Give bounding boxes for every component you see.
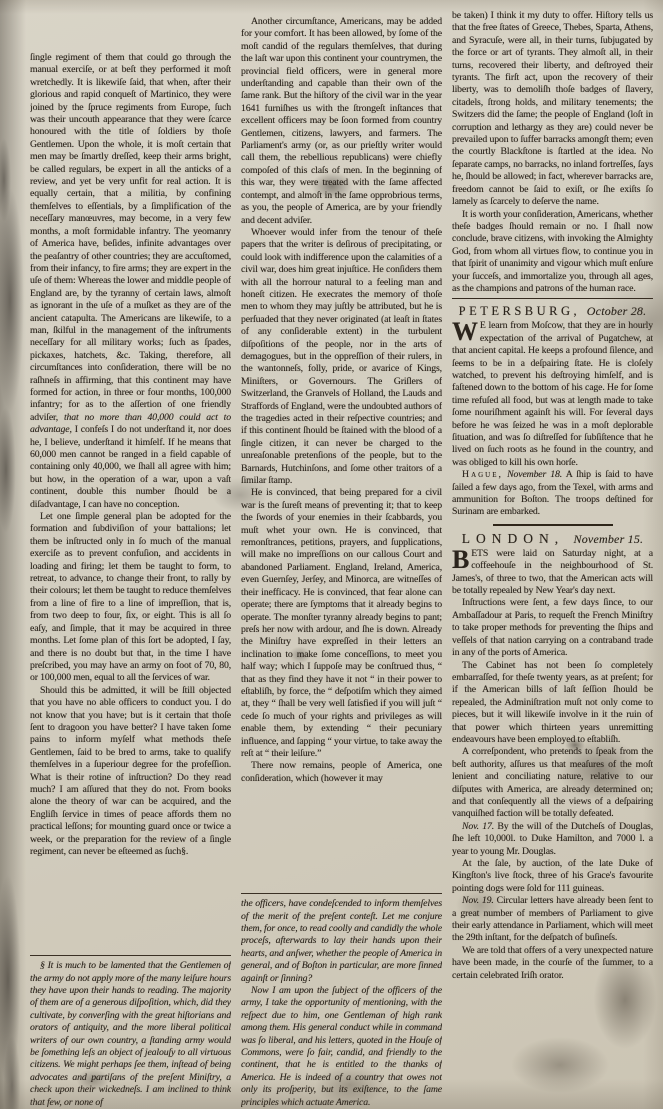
column-3: be taken) I think it my duty to offer. H…	[452, 0, 653, 1109]
column-2: Another circumſtance, Americans, may be …	[241, 0, 442, 1109]
footnote-block: § It is much to be lamented that the Gen…	[30, 955, 231, 1109]
paragraph-text: ETS were laid on Saturday night, at a co…	[452, 548, 653, 596]
drop-cap: W	[452, 320, 480, 343]
paragraph-text: I confeſs I do not underſtand it, nor do…	[30, 424, 231, 509]
london-city: LONDON,	[462, 531, 564, 546]
footnote: Now I am upon the ſubject of the officer…	[241, 985, 442, 1109]
news-date-label: Nov. 17.	[462, 821, 494, 832]
footnote: § It is much to be lamented that the Gen…	[30, 960, 231, 1109]
section-rule	[452, 298, 653, 299]
paragraph-text: ſingle regiment of them that could go th…	[30, 52, 231, 423]
petersburg-heading: PETERSBURG, October 28.	[452, 303, 653, 319]
hague-date: November 18.	[507, 469, 562, 480]
newspaper-page: { "col1": { "p1a": "ſingle regiment of t…	[0, 0, 663, 1109]
paragraph: Inſtructions were ſent, a few days ſince…	[452, 597, 653, 659]
hague-dateline: Hague,	[462, 469, 503, 480]
paragraph: Whoever would infer from the tenour of t…	[241, 227, 442, 488]
paragraph: We are told that offers of a very unexpe…	[452, 945, 653, 982]
paragraph: It is worth your conſideration, American…	[452, 209, 653, 296]
paragraph: A correſpondent, who pretends to ſpeak f…	[452, 746, 653, 820]
london-heading: LONDON, November 15.	[452, 531, 653, 547]
paragraph: Let one ſimple general plan be adopted f…	[30, 511, 231, 685]
drop-cap: B	[452, 548, 471, 571]
london-date: November 15.	[574, 532, 644, 546]
footnote-block: the officers, have condeſcended to infor…	[241, 893, 442, 1109]
paragraph: He is convinced, that being prepared for…	[241, 487, 442, 760]
news-date-label: Nov. 19.	[462, 895, 494, 906]
paragraph: Should this be admitted, it will be ſtil…	[30, 685, 231, 859]
paragraph: The Cabinet has not been ſo completely e…	[452, 660, 653, 747]
section-rule	[493, 524, 613, 526]
paragraph: BETS were laid on Saturday night, at a c…	[452, 548, 653, 598]
page-columns: ſingle regiment of them that could go th…	[0, 0, 663, 1109]
footnote: the officers, have condeſcended to infor…	[241, 898, 442, 985]
paragraph: Nov. 17. By the will of the Dutcheſs of …	[452, 821, 653, 858]
paragraph: Nov. 19. Circular letters have already b…	[452, 895, 653, 945]
paragraph: Hague, November 18. A ſhip is ſaid to ha…	[452, 469, 653, 519]
paragraph: There now remains, people of America, on…	[241, 760, 442, 785]
paragraph: Another circumſtance, Americans, may be …	[241, 16, 442, 227]
paragraph-text: E learn from Moſcow, that they are in ho…	[452, 320, 653, 467]
paragraph: be taken) I think it my duty to offer. H…	[452, 10, 653, 209]
paragraph: At the ſale, by auction, of the late Duk…	[452, 858, 653, 895]
petersburg-city: PETERSBURG,	[459, 304, 581, 318]
paragraph: WE learn from Moſcow, that they are in h…	[452, 320, 653, 469]
column-1: ſingle regiment of them that could go th…	[30, 0, 231, 1109]
paragraph: ſingle regiment of them that could go th…	[30, 52, 231, 511]
petersburg-date: October 28.	[587, 304, 647, 318]
